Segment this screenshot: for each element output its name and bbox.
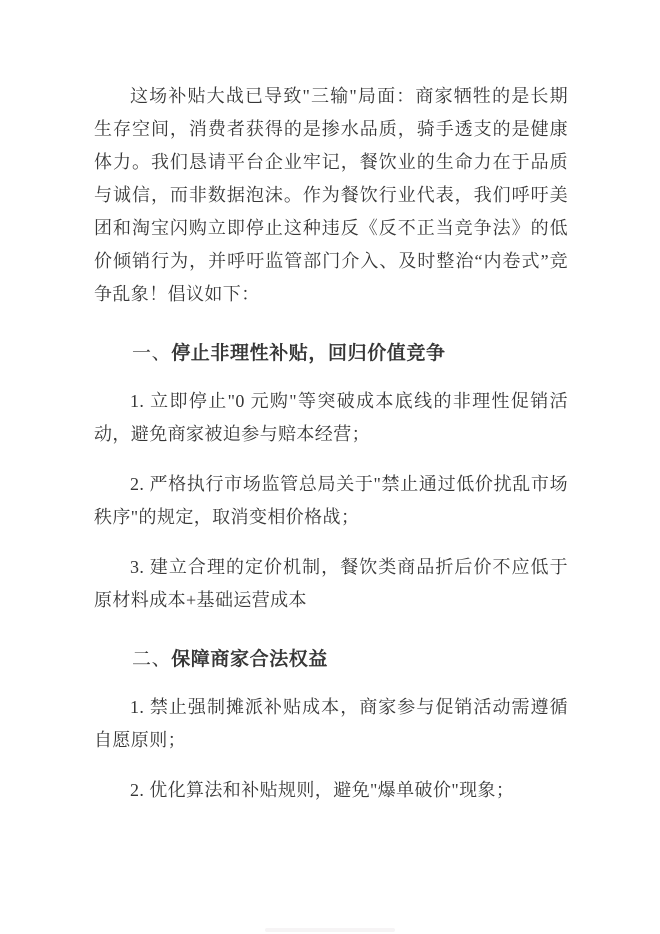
intro-paragraph: 这场补贴大战已导致"三输"局面：商家牺牲的是长期生存空间，消费者获得的是掺水品质… bbox=[94, 80, 568, 311]
section-1-heading: 一、停止非理性补贴，回归价值竞争 bbox=[94, 337, 568, 370]
section-2-item-2: 2. 优化算法和补贴规则，避免"爆单破价"现象； bbox=[94, 774, 568, 807]
section-2-number: 二、 bbox=[132, 649, 171, 670]
section-2-title: 保障商家合法权益 bbox=[171, 649, 328, 670]
section-1-item-2: 2. 严格执行市场监管总局关于"禁止通过低价扰乱市场秩序"的规定，取消变相价格战… bbox=[94, 468, 568, 534]
section-2-heading: 二、保障商家合法权益 bbox=[94, 643, 568, 676]
section-2-item-1: 1. 禁止强制摊派补贴成本，商家参与促销活动需遵循自愿原则； bbox=[94, 691, 568, 757]
section-1-title: 停止非理性补贴，回归价值竞争 bbox=[171, 343, 445, 364]
section-1-item-1: 1. 立即停止"0 元购"等突破成本底线的非理性促销活动，避免商家被迫参与赔本经… bbox=[94, 385, 568, 451]
section-1-number: 一、 bbox=[132, 343, 171, 364]
section-1-item-3: 3. 建立合理的定价机制，餐饮类商品折后价不应低于原材料成本+基础运营成本 bbox=[94, 551, 568, 617]
scrollbar-thumb[interactable] bbox=[265, 928, 395, 932]
document-content: 这场补贴大战已导致"三输"局面：商家牺牲的是长期生存空间，消费者获得的是掺水品质… bbox=[0, 0, 660, 807]
document-page: 这场补贴大战已导致"三输"局面：商家牺牲的是长期生存空间，消费者获得的是掺水品质… bbox=[0, 0, 660, 934]
